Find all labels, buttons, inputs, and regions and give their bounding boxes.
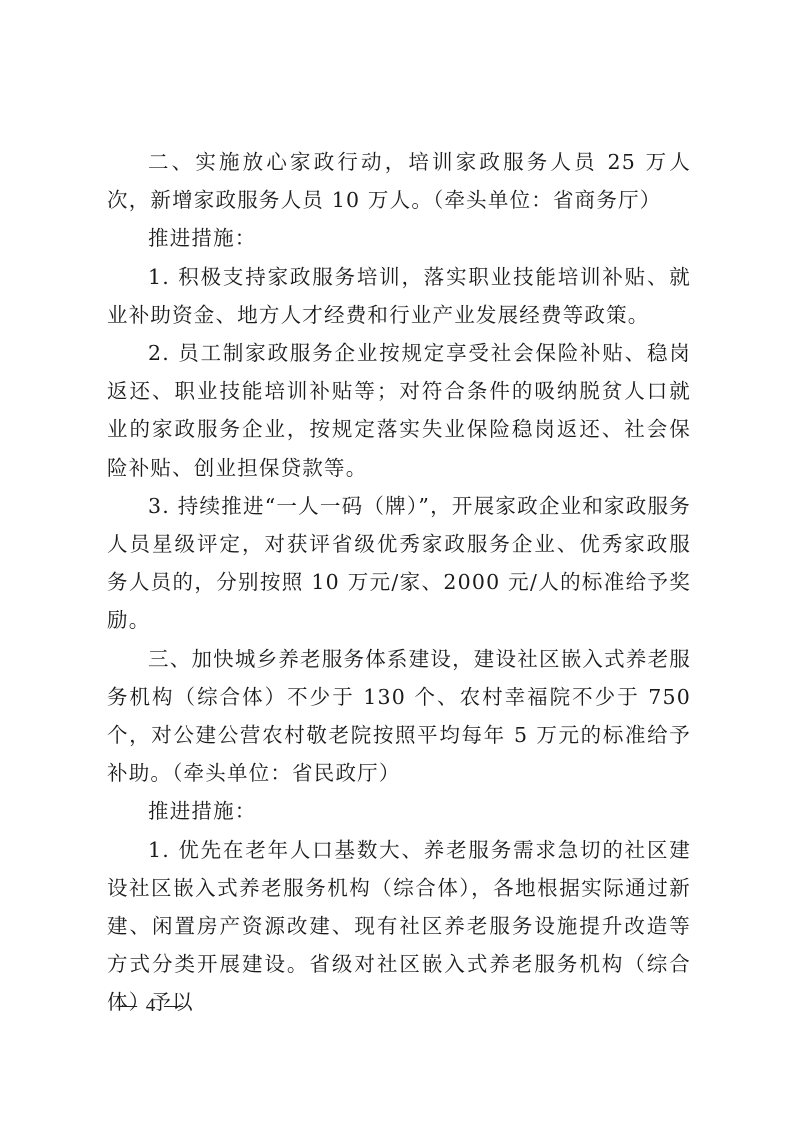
section-2-heading: 二、实施放心家政行动，培训家政服务人员 25 万人次，新增家政服务人员 10 万…	[107, 143, 691, 219]
document-body: 二、实施放心家政行动，培训家政服务人员 25 万人次，新增家政服务人员 10 万…	[107, 143, 691, 1022]
section-3-measures-label: 推进措施：	[107, 792, 691, 830]
section-2-measures-label: 推进措施：	[107, 219, 691, 257]
page-number: — 4 —	[118, 995, 185, 1017]
section-2-measure-1: 1. 积极支持家政服务培训，落实职业技能培训补贴、就业补助资金、地方人才经费和行…	[107, 258, 691, 334]
section-3-heading: 三、加快城乡养老服务体系建设，建设社区嵌入式养老服务机构（综合体）不少于 130…	[107, 640, 691, 793]
section-3-measure-1: 1. 优先在老年人口基数大、养老服务需求急切的社区建设社区嵌入式养老服务机构（综…	[107, 831, 691, 1022]
section-2-measure-3: 3. 持续推进“一人一码（牌）”，开展家政企业和家政服务人员星级评定，对获评省级…	[107, 487, 691, 640]
section-2-measure-2: 2. 员工制家政服务企业按规定享受社会保险补贴、稳岗返还、职业技能培训补贴等；对…	[107, 334, 691, 487]
